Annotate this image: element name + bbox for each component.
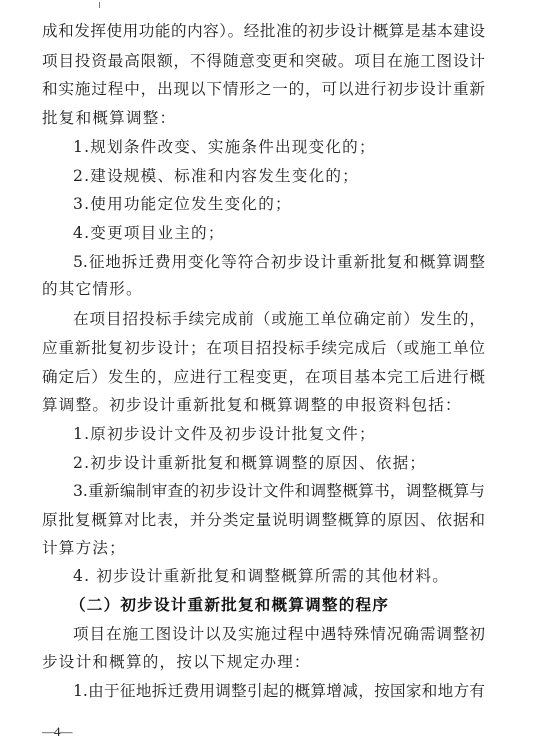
text-line: 4. 初步设计重新批复和调整概算所需的其他材料。 <box>73 562 485 590</box>
text-line: 5.征地拆迁费用变化等符合初步设计重新批复和概算调整 <box>73 248 485 276</box>
text-line: 3.使用功能定位发生变化的； <box>73 190 485 218</box>
text-line: 原批复概算对比表，并分类定量说明调整概算的原因、依据和 <box>42 506 485 534</box>
page-number: —4— <box>42 724 72 740</box>
text-line: 2.初步设计重新批复和概算调整的原因、依据； <box>73 449 485 477</box>
text-line: 项目投资最高限额，不得随意变更和突破。项目在施工图设计 <box>42 47 485 75</box>
text-line: 应重新批复初步设计；在项目招投标手续完成后（或施工单位 <box>42 334 485 362</box>
document-page: 成和发挥使用功能的内容）。经批准的初步设计概算是基本建设项目投资最高限额，不得随… <box>0 0 546 749</box>
text-line: 计算方法； <box>42 534 485 562</box>
text-line: 1.规划条件改变、实施条件出现变化的； <box>73 133 485 161</box>
text-line: 确定后）发生的，应进行工程变更，在项目基本完工后进行概 <box>42 363 485 391</box>
text-line: 和实施过程中，出现以下情形之一的，可以进行初步设计重新 <box>42 75 485 103</box>
text-line: 成和发挥使用功能的内容）。经批准的初步设计概算是基本建设 <box>42 17 485 45</box>
section-heading: （二）初步设计重新批复和概算调整的程序 <box>70 591 513 619</box>
text-line: 批复和概算调整： <box>42 104 485 132</box>
text-line: 3.重新编制审查的初步设计文件和调整概算书，调整概算与 <box>73 477 485 505</box>
text-line: 算调整。初步设计重新批复和概算调整的申报资料包括： <box>42 391 485 419</box>
text-line: 项目在施工图设计以及实施过程中遇特殊情况确需调整初 <box>73 620 485 648</box>
text-line: 步设计和概算的，按以下规定办理： <box>42 648 485 676</box>
text-line: 1.由于征地拆迁费用调整引起的概算增减，按国家和地方有 <box>73 677 485 705</box>
text-line: 的其它情形。 <box>42 275 485 303</box>
scan-mark <box>99 2 100 8</box>
text-line: 4.变更项目业主的； <box>73 219 485 247</box>
text-line: 在项目招投标手续完成前（或施工单位确定前）发生的， <box>73 305 485 333</box>
text-line: 1.原初步设计文件及初步设计批复文件； <box>73 420 485 448</box>
text-line: 2.建设规模、标准和内容发生变化的； <box>73 162 485 190</box>
